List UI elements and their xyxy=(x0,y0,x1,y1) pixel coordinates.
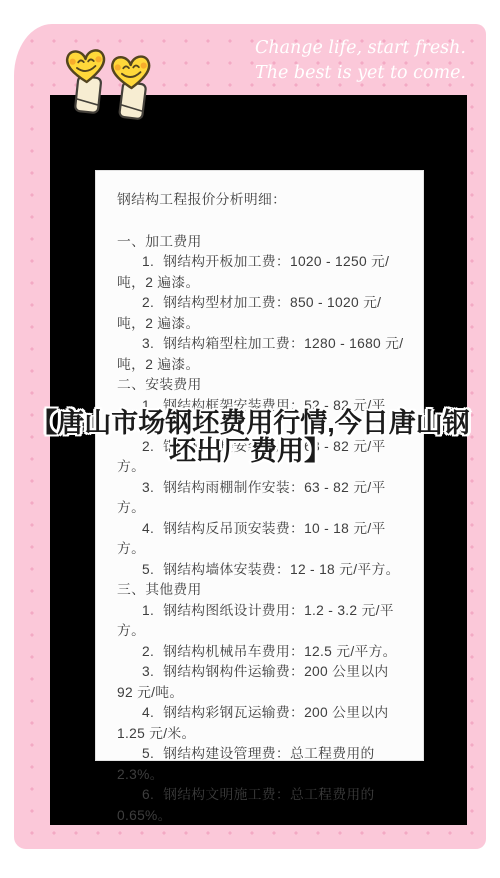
item-number: 1. xyxy=(142,254,163,269)
list-item: 3.钢结构箱型柱加工费：1280 - 1680 元/吨，2 遍漆。 xyxy=(117,334,408,375)
overlay-headline-line-2: 坯出厂费用】 xyxy=(0,437,500,465)
quote-line-2: The best is yet to come. xyxy=(255,61,466,86)
item-number: 2. xyxy=(142,295,163,310)
heart-emoji-stickers xyxy=(52,40,212,150)
item-number: 5. xyxy=(142,746,163,761)
item-number: 5. xyxy=(142,562,163,577)
item-text: 钢结构墙体安装费：12 - 18 元/平方。 xyxy=(163,562,400,577)
heart-smiley-sticker xyxy=(112,56,151,120)
list-item: 4.钢结构反吊顶安装费：10 - 18 元/平方。 xyxy=(117,519,408,560)
item-number: 4. xyxy=(142,705,163,720)
section-heading-installation: 二、安装费用 xyxy=(117,375,408,396)
overlay-headline: 【唐山市场钢坯费用行情,今日唐山钢 坯出厂费用】 xyxy=(0,409,500,465)
item-number: 3. xyxy=(142,336,163,351)
quote-text: Change life, start fresh. The best is ye… xyxy=(255,36,466,86)
list-item: 5.钢结构建设管理费：总工程费用的 2.3%。 xyxy=(117,744,408,785)
section-heading-other: 三、其他费用 xyxy=(117,580,408,601)
item-number: 2. xyxy=(142,644,163,659)
list-item: 1.钢结构图纸设计费用：1.2 - 3.2 元/平方。 xyxy=(117,601,408,642)
document-title: 钢结构工程报价分析明细： xyxy=(117,190,408,211)
item-number: 3. xyxy=(142,664,163,679)
list-item: 2.钢结构机械吊车费用：12.5 元/平方。 xyxy=(117,642,408,663)
section-heading-processing: 一、加工费用 xyxy=(117,232,408,253)
heart-smiley-sticker xyxy=(67,50,107,115)
list-item: 6.钢结构文明施工费：总工程费用的 0.65%。 xyxy=(117,785,408,826)
page-background: Change life, start fresh. The best is ye… xyxy=(0,0,500,878)
item-number: 1. xyxy=(142,603,163,618)
item-number: 4. xyxy=(142,521,163,536)
list-item: 2.钢结构型材加工费：850 - 1020 元/吨，2 遍漆。 xyxy=(117,293,408,334)
item-number: 6. xyxy=(142,787,163,802)
list-item: 3.钢结构雨棚制作安装：63 - 82 元/平方。 xyxy=(117,478,408,519)
overlay-headline-line-1: 【唐山市场钢坯费用行情,今日唐山钢 xyxy=(0,409,500,437)
list-item: 5.钢结构墙体安装费：12 - 18 元/平方。 xyxy=(117,560,408,581)
quote-line-1: Change life, start fresh. xyxy=(255,36,466,61)
item-text: 钢结构机械吊车费用：12.5 元/平方。 xyxy=(163,644,397,659)
list-item: 1.钢结构开板加工费：1020 - 1250 元/吨，2 遍漆。 xyxy=(117,252,408,293)
list-item: 4.钢结构彩钢瓦运输费：200 公里以内 1.25 元/米。 xyxy=(117,703,408,744)
list-item: 3.钢结构钢构件运输费：200 公里以内 92 元/吨。 xyxy=(117,662,408,703)
item-number: 3. xyxy=(142,480,163,495)
